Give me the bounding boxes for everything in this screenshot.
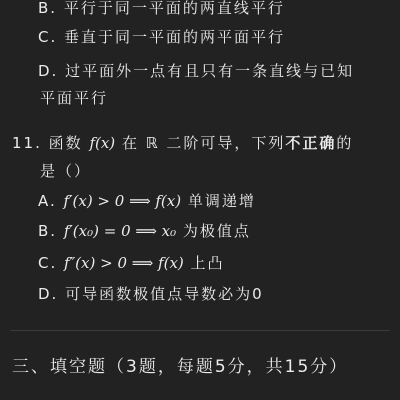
option-label: B. [38,0,57,17]
option-text: 为极值点 [183,222,251,240]
stem-text: 是（） [40,162,91,180]
q10-option-b: B. 平行于同一平面的两直线平行 [38,0,285,18]
q11-option-c: C. f″(x) > 0 ⟹ f(x) 上凸 [38,252,225,273]
q10-option-d-cont: 平面平行 [40,87,108,108]
option-label: C. [38,28,57,46]
option-text: 平面平行 [40,89,108,107]
section-divider [10,330,390,331]
option-math: f′(x) > 0 ⟹ f(x) [64,192,182,210]
option-text: 垂直于同一平面的两平面平行 [64,28,285,46]
stem-text: 函数 [49,134,83,152]
q11-stem-line2: 是（） [40,160,91,181]
q11-stem: 11. 函数 f(x) 在 ℝ 二阶可导，下列不正确的 [12,132,353,153]
option-label: D. [38,62,58,80]
q10-option-d: D. 过平面外一点有且只有一条直线与已知 [38,60,354,81]
section-3-title: 三、填空题（3题，每题5分，共15分） [12,352,348,377]
option-text: 可导函数极值点导数必为0 [65,285,264,303]
stem-text: 的 [336,134,353,152]
option-text: 过平面外一点有且只有一条直线与已知 [65,62,354,80]
option-label: B. [38,222,57,240]
option-math: f′(x₀) = 0 ⟹ x₀ [64,222,176,240]
option-label: C. [38,254,57,272]
option-text: 平行于同一平面的两直线平行 [64,0,285,17]
option-label: A. [38,192,57,210]
option-text: 单调递增 [188,192,256,210]
q11-option-b: B. f′(x₀) = 0 ⟹ x₀ 为极值点 [38,220,251,241]
stem-math: f(x) [89,134,115,152]
q10-option-c: C. 垂直于同一平面的两平面平行 [38,26,285,47]
q11-option-d: D. 可导函数极值点导数必为0 [38,283,264,304]
stem-text: 在 ℝ 二阶可导，下列 [122,134,285,152]
option-text: 上凸 [191,254,225,272]
q11-option-a: A. f′(x) > 0 ⟹ f(x) 单调递增 [38,190,256,211]
stem-emphasis: 不正确 [285,134,336,152]
option-math: f″(x) > 0 ⟹ f(x) [64,254,184,272]
question-number: 11. [12,134,42,152]
option-label: D. [38,285,58,303]
